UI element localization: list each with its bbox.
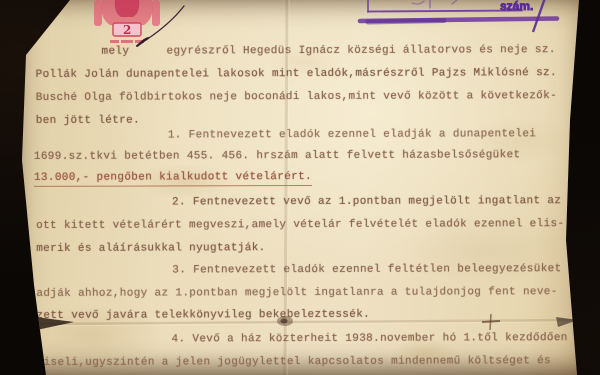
typed-line: Busché Olga földbirtokos neje boconádi l… xyxy=(36,90,557,105)
typed-line: 4. Vevő a ház közterheit 1938.november h… xyxy=(172,332,568,346)
typed-line: merik és aláírásukkal nyugtatják. xyxy=(36,242,265,256)
typed-line: adják ahhoz,hogy az 1.pontban megjelölt … xyxy=(36,286,557,301)
typed-line: 1. Fentnevezett eladók ezennel eladják a… xyxy=(168,128,536,142)
stamp-side-ornament xyxy=(94,0,102,26)
typed-line: 1699.sz.tkvi betétben 455. 456. hrszám a… xyxy=(34,149,521,164)
handwritten-slash xyxy=(533,0,545,32)
typed-line: egyrészről Hegedüs Ignácz községi állato… xyxy=(167,44,556,58)
typed-line: zett vevő javára telekkönyvileg bekebele… xyxy=(36,309,370,323)
stamp-szam-text: szám. xyxy=(500,0,533,13)
typed-line: ben jött létre. xyxy=(36,115,140,128)
photo-background: mely egyrészről Hegedüs Ignácz községi á… xyxy=(0,0,600,375)
typed-line: ott kitett vételárért megveszi,amely vét… xyxy=(36,218,564,233)
typewritten-text: mely egyrészről Hegedüs Ignácz községi á… xyxy=(0,0,600,375)
typed-line: Pollák Jolán dunapentelei lakosok mint e… xyxy=(36,67,557,82)
typed-line: viseli,ugyszintén a jelen jogügylettel k… xyxy=(37,355,551,370)
typed-line: 3. Fentnevezett eladók ezennel feltétlen… xyxy=(172,263,561,277)
typed-line: 2. Fentnevezett vevő az 1.pontban megjel… xyxy=(172,195,561,209)
document-paper: mely egyrészről Hegedüs Ignácz községi á… xyxy=(0,0,600,375)
official-number-stamp: szám. xyxy=(352,0,564,34)
typed-line-underlined: 13.000,- pengőben kialkudott vételárért. xyxy=(34,171,312,187)
pen-flourish-mark xyxy=(130,4,188,52)
